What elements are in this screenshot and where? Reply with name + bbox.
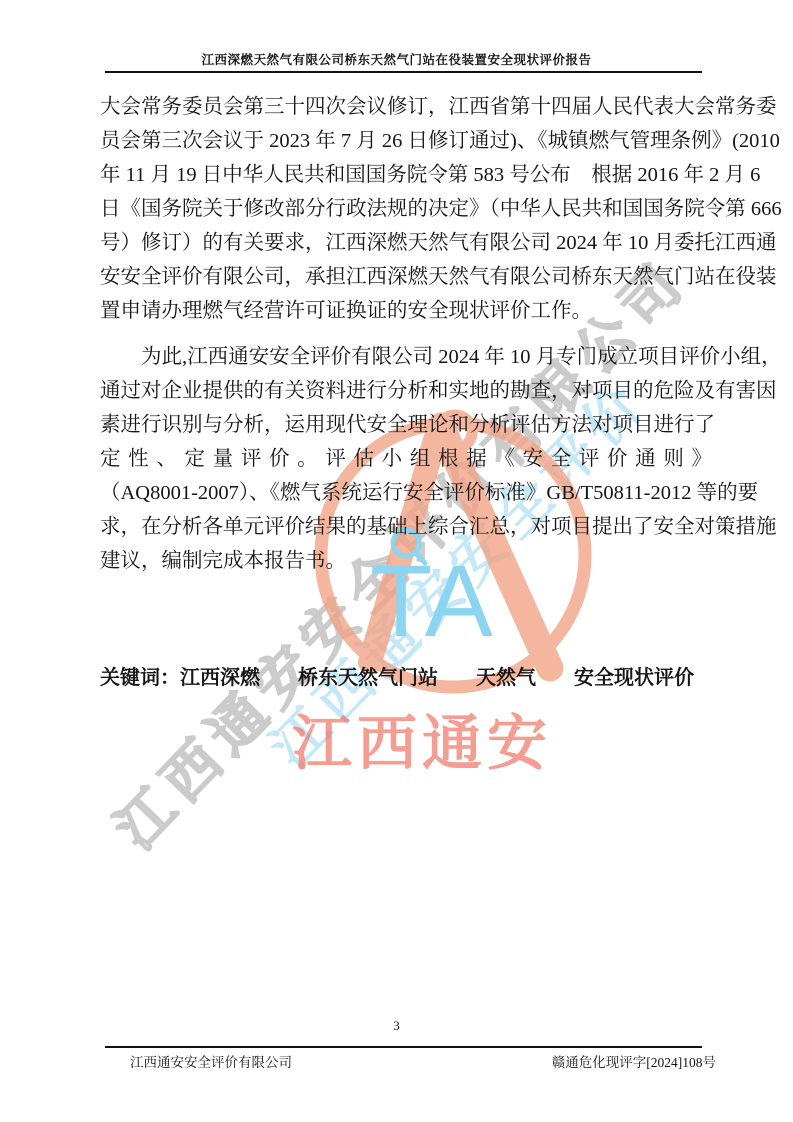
paragraph: 为此,江西通安安全评价有限公司 2024 年 10 月专门成立项目评价小组，通过…	[100, 340, 712, 578]
paragraph: 大会常务委员会第三十四次会议修订，江西省第十四届人民代表大会常务委员会第三次会议…	[100, 90, 712, 328]
body-line: 年 11 月 19 日中华人民共和国国务院令第 583 号公布 根据 2016 …	[100, 158, 712, 192]
body-line: 大会常务委员会第三十四次会议修订，江西省第十四届人民代表大会常务委	[100, 90, 712, 124]
body-line: 为此,江西通安安全评价有限公司 2024 年 10 月专门成立项目评价小组，	[100, 340, 712, 374]
header-rule	[105, 71, 702, 73]
footer-doc-number: 赣通危化现评字[2024]108号	[552, 1051, 716, 1071]
document-body: 大会常务委员会第三十四次会议修订，江西省第十四届人民代表大会常务委员会第三次会议…	[100, 90, 712, 578]
body-line: 通过对企业提供的有关资料进行分析和实地的勘查，对项目的危险及有害因	[100, 374, 712, 408]
keyword-item: 江西深燃	[180, 667, 260, 689]
body-line: 安安全评价有限公司，承担江西深燃天然气有限公司桥东天然气门站在役装	[100, 260, 712, 294]
page-footer: 江西通安安全评价有限公司 赣通危化现评字[2024]108号	[105, 1051, 716, 1071]
header-title: 江西深燃天然气有限公司桥东天然气门站在役装置安全现状评价报告	[0, 50, 793, 68]
body-line: （AQ8001-2007）、《燃气系统运行安全评价标准》GB/T50811-20…	[100, 476, 712, 510]
footer-rule	[105, 1046, 702, 1048]
body-line: 建议，编制完成本报告书。	[100, 544, 712, 578]
report-page: 江西通安安全评价有限公司 江西通安安全评价 TA 江西通安 江西深燃天然气有限公…	[0, 0, 793, 1122]
body-line: 素进行识别与分析，运用现代安全理论和分析评估方法对项目进行了	[100, 408, 712, 442]
keywords-line: 关键词：江西深燃桥东天然气门站天然气安全现状评价	[100, 664, 720, 692]
page-number: 3	[0, 1018, 793, 1034]
keywords-label: 关键词：	[100, 667, 180, 689]
body-line: 员会第三次会议于 2023 年 7 月 26 日修订通过)、《城镇燃气管理条例》…	[100, 124, 712, 158]
keyword-item: 天然气	[476, 667, 536, 689]
page-content: 江西深燃天然气有限公司桥东天然气门站在役装置安全现状评价报告 大会常务委员会第三…	[0, 0, 793, 1122]
keyword-item: 安全现状评价	[574, 667, 694, 689]
body-line: 定性、定量评价。评估小组根据《安全评价通则》	[100, 442, 712, 476]
keyword-item: 桥东天然气门站	[298, 667, 438, 689]
body-line: 置申请办理燃气经营许可证换证的安全现状评价工作。	[100, 294, 712, 328]
footer-company: 江西通安安全评价有限公司	[105, 1051, 292, 1071]
body-line: 号）修订）的有关要求，江西深燃天然气有限公司 2024 年 10 月委托江西通	[100, 226, 712, 260]
body-line: 求，在分析各单元评价结果的基础上综合汇总，对项目提出了安全对策措施	[100, 510, 712, 544]
body-line: 日《国务院关于修改部分行政法规的决定》（中华人民共和国国务院令第 666	[100, 192, 712, 226]
